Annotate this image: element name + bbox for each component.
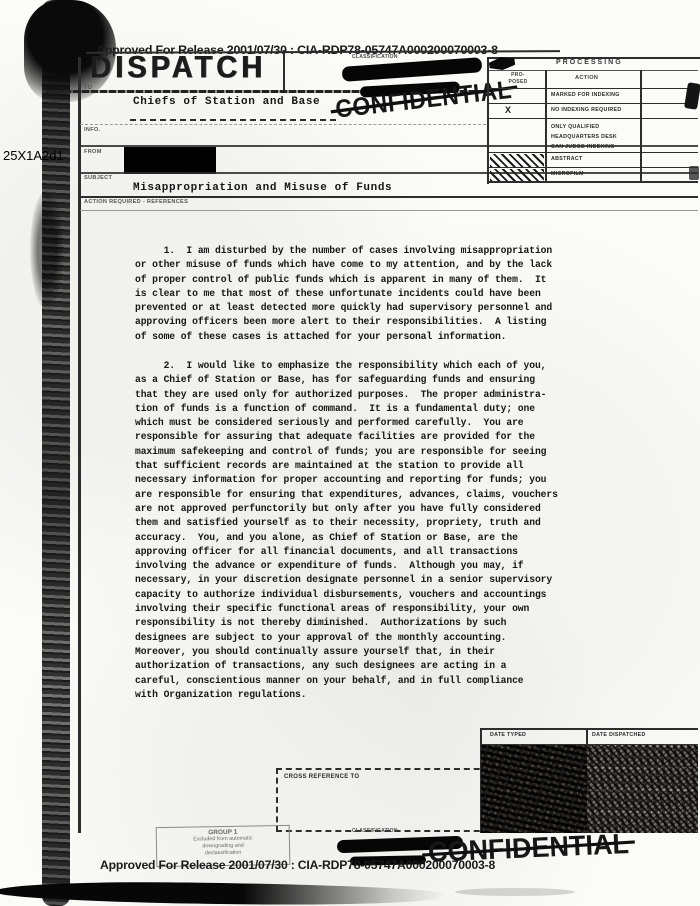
to-underline — [130, 119, 336, 121]
processing-row-qualified-desk: ONLY QUALIFIED HEADQUARTERS DESK CAN JUD… — [551, 122, 617, 152]
processing-col-action: ACTION — [575, 75, 598, 81]
processing-vline-2 — [640, 70, 642, 182]
date-typed-label: DATE TYPED — [490, 732, 526, 738]
margin-reference-number: 25X1A2d1 — [3, 148, 64, 163]
processing-row-rule-3 — [489, 118, 698, 119]
scanned-dispatch-document: 25X1A2d1 Approved For Release 2001/07/30… — [0, 0, 700, 906]
approval-line-bottom: Approved For Release 2001/07/30 : CIA-RD… — [100, 858, 495, 872]
processing-header-rule — [489, 70, 698, 71]
processing-vline-1 — [545, 70, 547, 182]
body-paragraph-2: 2. I would like to emphasize the respons… — [135, 359, 558, 702]
processing-x-mark: X — [505, 105, 511, 115]
scan-smudge-bottom-2 — [455, 888, 575, 896]
processing-hatch-abstract — [490, 154, 544, 167]
action-required-underrule — [80, 210, 698, 211]
to-label: TO — [84, 85, 92, 91]
subject-value: Misappropriation and Misuse of Funds — [133, 182, 392, 194]
processing-row-abstract: ABSTRACT — [551, 156, 583, 162]
processing-row-rule-2 — [489, 103, 698, 104]
cross-reference-label: CROSS REFERENCE TO — [284, 774, 359, 780]
dispatch-title: DISPATCH — [90, 51, 266, 87]
processing-header: PROCESSING — [556, 59, 696, 66]
info-label: INFO. — [84, 127, 100, 133]
scan-blotch-small — [30, 190, 64, 310]
processing-row-marked-indexing: MARKED FOR INDEXING — [551, 92, 620, 98]
from-redaction-box — [124, 147, 216, 174]
processing-row-microfilm: MICROFILM — [551, 171, 584, 177]
redaction-scribble-top-1 — [342, 57, 483, 82]
scan-noise-block-dark — [481, 745, 587, 833]
dispatch-box-divider — [283, 50, 285, 93]
date-dispatched-label: DATE DISPATCHED — [592, 732, 646, 738]
processing-row-rule-1 — [489, 88, 698, 89]
classification-label-top: CLASSIFICATION — [352, 54, 398, 60]
action-required-label: ACTION REQUIRED - REFERENCES — [84, 199, 188, 205]
processing-hatch-microfilm — [490, 169, 544, 181]
processing-row-no-indexing: NO INDEXING REQUIRED — [551, 107, 621, 113]
info-row-rule — [80, 124, 486, 125]
date-table-top-rule — [480, 728, 698, 730]
subject-label: SUBJECT — [84, 175, 112, 181]
scan-mark-right-2 — [689, 166, 699, 180]
scan-edge-band — [42, 0, 70, 906]
body-paragraph-1: 1. I am disturbed by the number of cases… — [135, 244, 552, 344]
to-value: Chiefs of Station and Base — [133, 96, 320, 108]
group1-stamp-text: Excluded from automatic downgrading and … — [157, 835, 289, 858]
classification-label-bottom: CLASSIFICATION — [352, 828, 398, 834]
action-required-rule — [80, 196, 698, 198]
processing-bottom-rule — [489, 181, 698, 183]
processing-col-proposed: PRO- POSED — [498, 72, 538, 85]
from-label: FROM — [84, 149, 102, 155]
